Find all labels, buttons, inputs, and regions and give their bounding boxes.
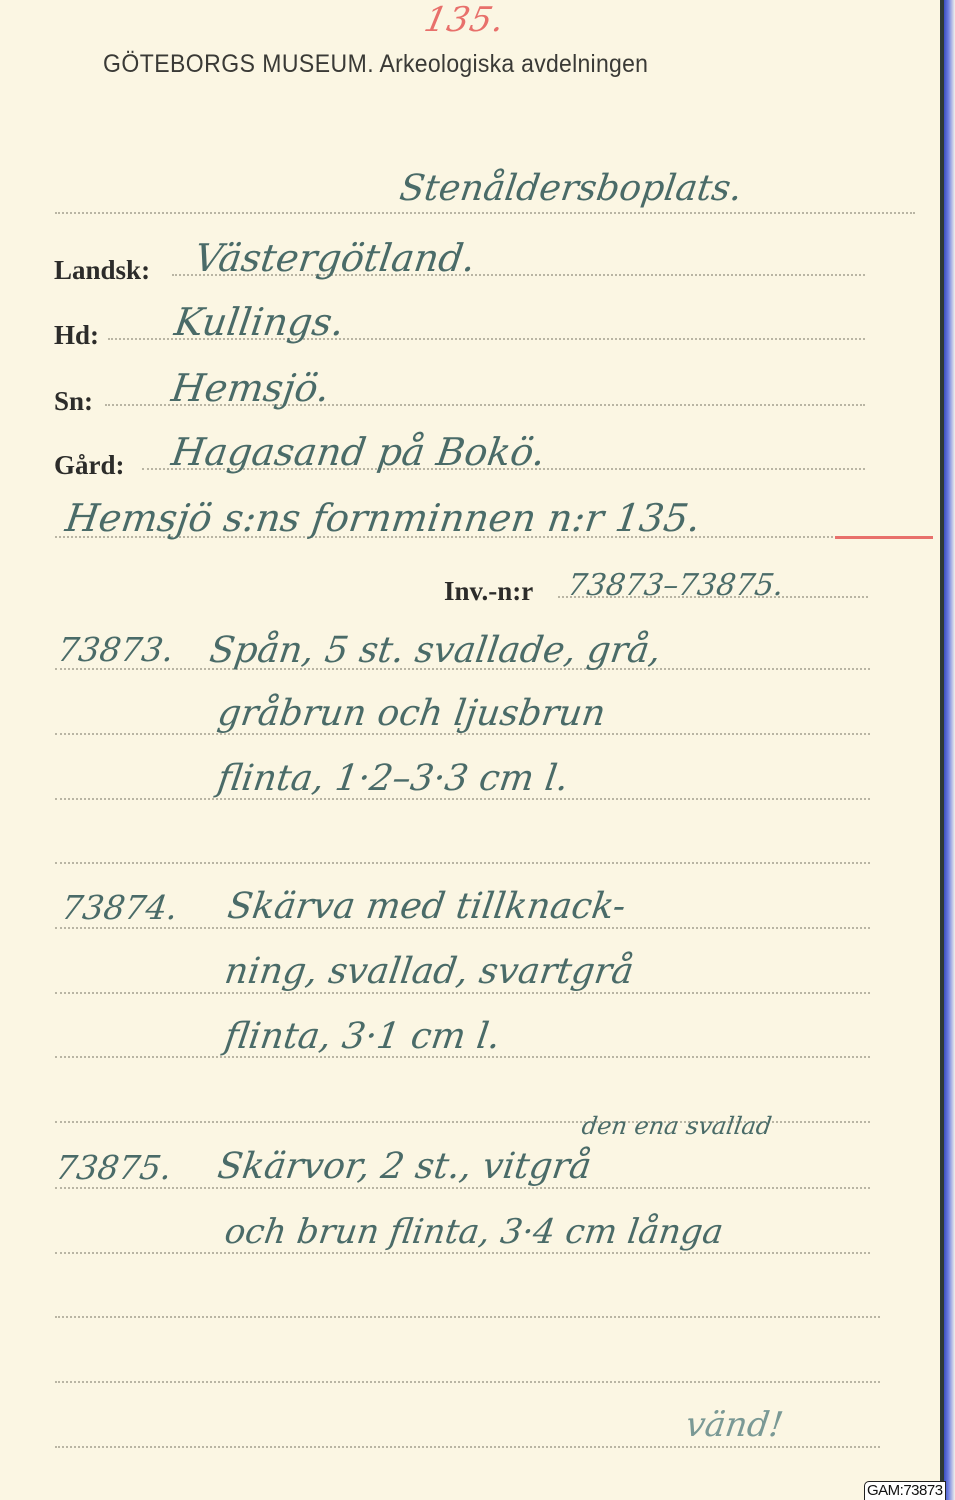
entry-insertion-note: den ena svallad	[580, 1112, 773, 1140]
entry-line: flinta, 1·2–3·3 cm l.	[215, 758, 571, 799]
catalog-card: 135. GÖTEBORGS MUSEUM. Arkeologiska avde…	[0, 0, 940, 1500]
red-underline	[835, 536, 933, 539]
dotted-line	[55, 1316, 880, 1318]
catalog-id-stamp: GAM:73873	[864, 1481, 946, 1500]
field-label-landskap: Landsk:	[54, 255, 150, 286]
field-value-harad: Kullings.	[172, 300, 347, 344]
entry-line: flinta, 3·1 cm l.	[222, 1016, 503, 1057]
field-label-gard: Gård:	[54, 450, 125, 481]
entry-number: 73875.	[53, 1148, 174, 1187]
card-header: GÖTEBORGS MUSEUM. Arkeologiska avdelning…	[103, 50, 648, 79]
inventory-range: 73873–73875.	[566, 568, 786, 603]
monument-reference-text: Hemsjö s:ns fornminnen n:r	[63, 496, 607, 540]
entry-number: 73873.	[55, 630, 176, 669]
turn-over-note: vänd!	[683, 1405, 785, 1445]
field-value-landskap: Västergötland.	[192, 236, 478, 280]
dotted-line	[55, 212, 915, 214]
field-value-gard: Hagasand på Bokö.	[169, 430, 548, 474]
entry-line: Skärvor, 2 st., vitgrå	[215, 1146, 594, 1187]
institution-name: GÖTEBORGS MUSEUM.	[103, 50, 374, 78]
dotted-line	[55, 1252, 870, 1254]
field-value-socken: Hemsjö.	[169, 366, 332, 410]
monument-number: 135.	[612, 496, 703, 540]
entry-number: 73874.	[59, 888, 180, 927]
dotted-line	[55, 1446, 880, 1448]
site-type: Stenåldersboplats.	[397, 168, 745, 209]
red-card-number: 135.	[421, 0, 509, 40]
dotted-line	[55, 862, 870, 864]
entry-line: Skärva med tillknack-	[225, 886, 628, 927]
entry-line: Spån, 5 st. svallade, grå,	[207, 630, 663, 671]
dotted-line	[55, 927, 870, 929]
dotted-line	[55, 1381, 880, 1383]
field-label-harad: Hd:	[54, 320, 99, 351]
dotted-line	[55, 1187, 870, 1189]
dotted-line	[55, 992, 870, 994]
inventory-label: Inv.-n:r	[444, 576, 533, 607]
entry-line: och brun flinta, 3·4 cm långa	[222, 1212, 726, 1252]
monument-reference: Hemsjö s:ns fornminnen n:r 135.	[63, 496, 703, 540]
entry-line: gråbrun och ljusbrun	[215, 693, 608, 734]
scan-background-edge	[944, 0, 955, 1500]
entry-line: ning, svallad, svartgrå	[222, 951, 636, 992]
department-name: Arkeologiska avdelningen	[379, 50, 648, 78]
field-label-socken: Sn:	[54, 386, 93, 417]
